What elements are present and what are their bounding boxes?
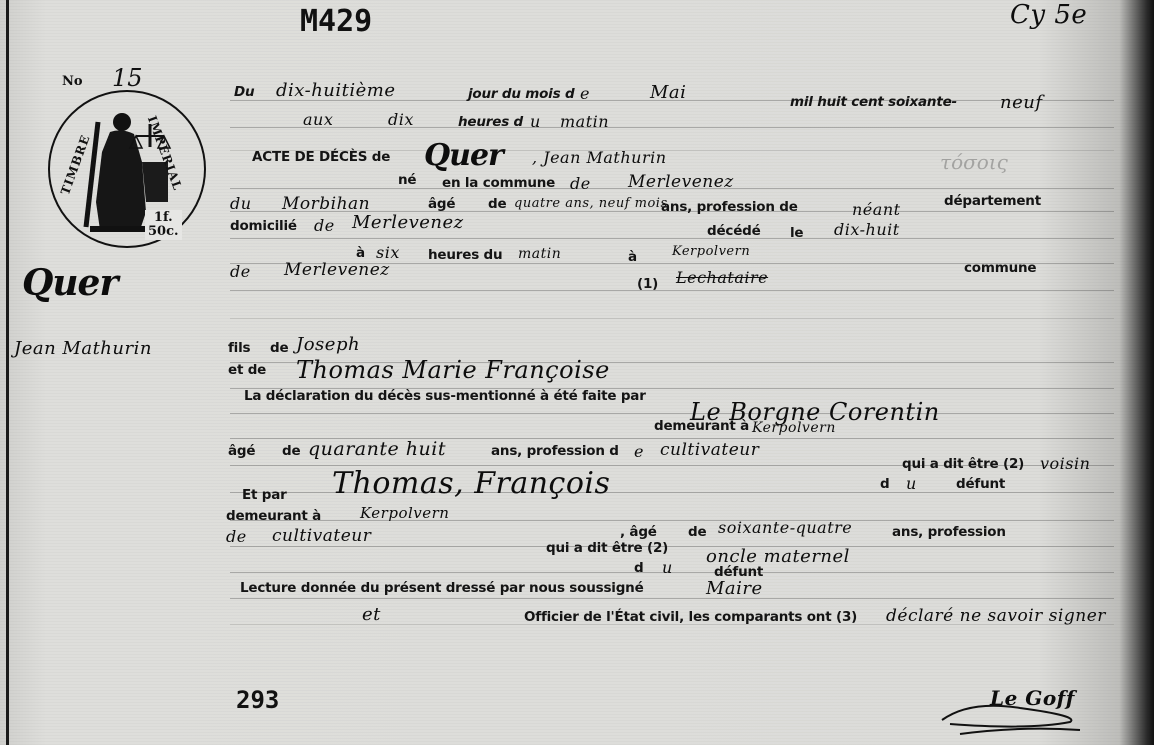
deceased-given-names: , Jean Mathurin	[532, 148, 667, 167]
declarant2-age-label: , âgé	[620, 524, 657, 540]
ruled-line	[230, 127, 1114, 128]
margin-given-names: Jean Mathurin	[14, 338, 152, 359]
mother-name: Thomas Marie Françoise	[296, 356, 610, 384]
commune2-label: commune	[964, 260, 1036, 276]
death-period: matin	[518, 246, 561, 262]
death-hour-prep: à	[356, 245, 365, 261]
officer-title: Maire	[706, 578, 763, 599]
hour-prep: aux	[303, 110, 333, 129]
died-le: le	[790, 225, 803, 241]
declarant1-relation: voisin	[1040, 454, 1090, 473]
death-hour-label: heures du	[428, 247, 502, 263]
stamp-francs: 1f.	[148, 211, 179, 225]
declarant2-of2: u	[662, 558, 673, 577]
month-prep: e	[580, 84, 590, 103]
declarant1-of2: u	[906, 474, 917, 493]
closing-statement: déclaré ne savoir signer	[886, 606, 1106, 626]
deceased-surname: Quer	[424, 138, 503, 173]
declarant1-relation-label: qui a dit être (2)	[902, 456, 1024, 472]
mother-label: et de	[228, 362, 266, 378]
age-label: âgé	[428, 196, 455, 212]
imperial-tax-stamp: TIMBRE IMPERIAL 1f. 50c.	[48, 90, 206, 248]
date-prefix: Du	[234, 84, 254, 100]
domicile-prep: de	[314, 216, 335, 235]
ruled-line	[230, 546, 1114, 547]
footnote-1: (1)	[637, 276, 658, 292]
declarant2-prof-label: ans, profession	[892, 524, 1006, 540]
son-prep: de	[270, 340, 288, 356]
hour-prep2: u	[530, 112, 541, 131]
domicile: Merlevenez	[352, 212, 464, 233]
act-number-label: No	[62, 74, 83, 89]
declarant2-residence: Kerpolvern	[360, 504, 449, 522]
act-title: ACTE DE DÉCÈS de	[252, 149, 390, 165]
domicile-label: domicilié	[230, 218, 297, 234]
archive-code: M429	[300, 4, 372, 39]
declarant2-prof-prep: de	[226, 527, 247, 546]
department-label: département	[944, 193, 1041, 209]
ruled-line	[230, 238, 1114, 239]
commune2-prep: de	[230, 262, 251, 281]
declarant2-age-prep: de	[688, 524, 706, 540]
stamp-centimes: 50c.	[148, 225, 179, 239]
died-label: décédé	[707, 223, 761, 239]
birth-prep: de	[570, 174, 591, 193]
signature-flourish-icon	[930, 690, 1100, 740]
and-by-label: Et par	[242, 487, 287, 503]
declaration-label: La déclaration du décès sus-mentionné à …	[244, 388, 646, 404]
age-unit-label: ans, profession de	[661, 199, 798, 215]
month: Mai	[650, 82, 686, 103]
ruled-line	[230, 598, 1114, 599]
declarant2-profession: cultivateur	[272, 526, 371, 546]
son-label: fils	[228, 340, 250, 356]
birth-commune: Merlevenez	[628, 172, 734, 192]
death-place-struck: Lechataire	[676, 268, 768, 287]
department: Morbihan	[282, 194, 370, 214]
residing-label-2: demeurant à	[226, 508, 321, 524]
ruled-line	[230, 318, 1114, 319]
declarant1-age-label: âgé	[228, 443, 255, 459]
death-record-page: M429 Cy 5e No 15 TIMBRE IMPERIAL 1f. 50c…	[0, 0, 1154, 745]
month-label: jour du mois d	[468, 86, 574, 102]
hour-label: heures d	[458, 114, 523, 130]
declarant1-age-prep: de	[282, 443, 300, 459]
father-name: Joseph	[296, 334, 360, 355]
officer-label: Officier de l'État civil, les comparants…	[524, 609, 857, 625]
reading-label: Lecture donnée du présent dressé par nou…	[240, 580, 644, 596]
act-number: 15	[112, 64, 143, 92]
age-prep: de	[488, 196, 506, 212]
declarant1-of: d	[880, 476, 889, 492]
declarant1-age: quarante huit	[308, 438, 446, 460]
declarant1-prof-label: ans, profession d	[491, 443, 619, 459]
residing-label-1: demeurant à	[654, 418, 749, 434]
record-period: matin	[560, 112, 609, 131]
margin-surname: Quer	[22, 262, 117, 304]
bleed-through-text: τόσοις	[940, 150, 1008, 174]
ruled-line	[230, 413, 1114, 414]
declarant2-of: d	[634, 560, 643, 576]
department-prep: du	[230, 194, 252, 213]
death-day: dix-huit	[834, 220, 900, 239]
death-place: Kerpolvern	[672, 244, 750, 259]
record-hour: dix	[388, 110, 414, 129]
declarant2-name: Thomas, François	[332, 466, 610, 501]
deceased-age: quatre ans, neuf mois	[514, 196, 668, 211]
declarant1-profession: cultivateur	[660, 440, 759, 460]
deceased-profession: néant	[852, 200, 901, 219]
day-of-month: dix-huitième	[276, 80, 396, 101]
commune2: Merlevenez	[284, 260, 390, 280]
year-prefix: mil huit cent soixante-	[790, 94, 957, 110]
declarant1-prof-prep: e	[634, 442, 644, 461]
ruled-line	[230, 290, 1114, 291]
declarant2-relation-label: qui a dit être (2)	[546, 540, 668, 556]
declarant2-age: soixante-quatre	[718, 518, 852, 537]
declarant1-residence: Kerpolvern	[752, 420, 836, 436]
deceased-word-1: défunt	[956, 476, 1005, 492]
year-suffix: neuf	[1000, 92, 1043, 113]
death-place-prep: à	[628, 249, 637, 265]
born-label: né	[398, 172, 416, 188]
stamp-value: 1f. 50c.	[145, 210, 182, 240]
binding-edge	[6, 0, 9, 745]
corner-annotation: Cy 5e	[1010, 0, 1087, 30]
page-number: 293	[236, 686, 279, 714]
officer-connector: et	[362, 604, 381, 625]
commune-label: en la commune	[442, 175, 555, 191]
